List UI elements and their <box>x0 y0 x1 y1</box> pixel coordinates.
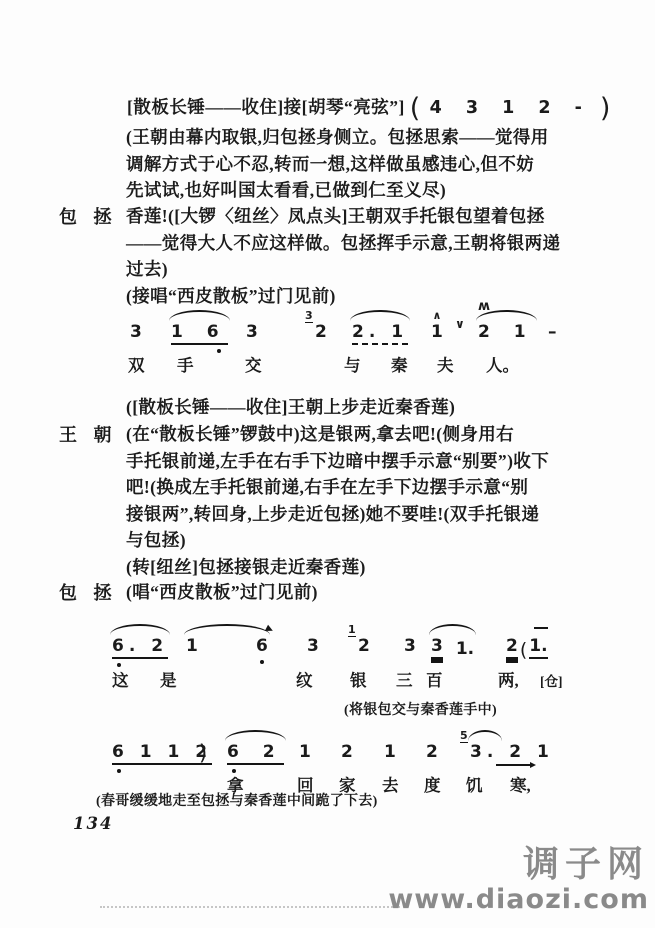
lyric: 两, <box>498 667 519 691</box>
note-digits: 3. 2 1 <box>470 742 554 762</box>
note-digits: 3 <box>246 322 258 342</box>
lyric: 去 <box>382 772 399 796</box>
dialog-line: (在“散板长锤”锣鼓中)这是银两,拿去吧!(侧身用右 <box>126 421 574 448</box>
music-note: 6. 2 <box>112 636 168 659</box>
music-note: 1 <box>299 742 311 762</box>
lyric: 这 <box>112 667 129 691</box>
stage-direction-line: 先试试,也好叫国太看看,已做到仁至义尽) <box>126 177 574 204</box>
dialog-wangchao: (在“散板长锤”锣鼓中)这是银两,拿去吧!(侧身用右 手托银前递,左手在右手下边… <box>126 421 574 580</box>
lyric: 百 <box>426 667 443 691</box>
music-note: 6 <box>256 636 268 656</box>
music-note: 3 1. <box>431 636 474 659</box>
lyric: 寒, <box>510 772 531 796</box>
lyric: 双 <box>128 352 145 376</box>
music-note: 5 3. 2 1 <box>470 742 554 762</box>
note-digits: – <box>548 322 557 342</box>
dialog-line: (接唱“西皮散板”过门见前) <box>126 283 574 310</box>
lyric: 与 <box>344 352 361 376</box>
watermark-url: www.diaozi.com <box>388 886 649 913</box>
slur-arc <box>468 730 502 741</box>
speaker-label-baozheng-2: 包 拯 <box>59 579 112 605</box>
music-note: 3 <box>130 322 142 342</box>
slur-arc <box>225 730 286 741</box>
stage-direction-line: 调解方式于心不忍,转而一想,这样做虽感违心,但不妨 <box>126 151 574 178</box>
opening-stage-direction: (王朝由幕内取银,归包拯身侧立。包拯思索——觉得用 调解方式于心不忍,转而一想,… <box>126 124 574 204</box>
grace-note: 3 <box>305 310 313 323</box>
note-digits: 6. 2 <box>112 636 168 659</box>
note-digits: 2 <box>358 636 370 656</box>
watermark-title: 调子网 <box>388 843 649 886</box>
grace-note: 1 <box>348 624 356 637</box>
music-note: 3 <box>246 322 258 342</box>
stage-direction-4: (春哥缓缓地走至包拯与秦香莲中间跪了下去) <box>96 790 378 810</box>
lyric: 三 <box>396 667 413 691</box>
stage-direction-line: ([散板长锤——收住]王朝上步走近秦香莲) <box>126 394 574 421</box>
percussion-tag: [散板长锤——收住]接[胡琴“亮弦”] <box>127 97 405 117</box>
music-note: 1 <box>186 636 198 656</box>
grace-note: 5 <box>460 730 468 743</box>
dialog-baozheng-1: 香莲!([大锣〈纽丝〉凤点头]王朝双手托银包望着包拯 ——觉得大人不应这样做。包… <box>126 203 574 309</box>
music-note: 2. 1 <box>352 322 408 345</box>
note-digits: 2 <box>341 742 353 762</box>
scan-artifact-line <box>100 906 400 908</box>
scanned-score-page: [散板长锤——收住]接[胡琴“亮弦”] ( 4 3 1 2 - ) (王朝由幕内… <box>0 0 655 928</box>
close-paren: ) <box>600 93 611 124</box>
slur-arc <box>169 310 230 321</box>
note-digits: 3 <box>130 322 142 342</box>
music-system-2-notes: 6. 2 1 6 3 1 2 3 3 1. 2 ( 1. <box>0 636 655 662</box>
paren-glyph: ) <box>199 743 207 763</box>
note-digits: 1. <box>529 636 547 659</box>
note-digits: 2 <box>426 742 438 762</box>
open-paren: ( <box>410 93 421 124</box>
music-system-1-lyrics: 双 手 交 与 秦 夫 人。 <box>0 352 655 378</box>
music-note: ʍ 2 1 <box>478 322 535 342</box>
speaker-label-baozheng: 包 拯 <box>59 203 112 229</box>
dialog-line: (唱“西皮散板”过门见前) <box>126 579 574 606</box>
note-digits: 1 <box>186 636 198 656</box>
dialog-line: ——觉得大人不应这样做。包拯挥手示意,王朝将银两递 <box>126 230 574 257</box>
section-heading: [散板长锤——收住]接[胡琴“亮弦”] ( 4 3 1 2 - ) <box>127 93 611 124</box>
music-note: 3 <box>307 636 319 656</box>
dialog-line: 香莲!([大锣〈纽丝〉凤点头]王朝双手托银包望着包拯 <box>126 203 574 230</box>
note-digits: 2 <box>506 636 518 659</box>
open-paren: ( <box>520 640 527 660</box>
lyric: 纹 <box>296 667 313 691</box>
music-note: 1 <box>384 742 396 762</box>
heading-notation: 4 3 1 2 - <box>430 98 591 118</box>
music-note: 2 <box>426 742 438 762</box>
note-digits: 1 <box>384 742 396 762</box>
overline-tie <box>534 627 548 629</box>
watermark: 调子网 www.diaozi.com <box>388 843 649 913</box>
stage-direction-3: (将银包交与秦香莲手中) <box>344 699 497 719</box>
music-note: 3 <box>404 636 416 656</box>
lyric: 夫 <box>437 352 454 376</box>
dialog-line: 与包拯) <box>126 527 574 554</box>
lyric: 银 <box>350 667 367 691</box>
note-digits: 3 <box>404 636 416 656</box>
note-digits: 6 2 <box>227 742 284 765</box>
page-number: 134 <box>73 814 113 833</box>
slur-arc <box>110 624 170 635</box>
lyric: 手 <box>177 352 194 376</box>
lyric: 是 <box>160 667 177 691</box>
breath-mark: ∨ <box>455 314 465 334</box>
music-note: 3 2 <box>315 322 327 342</box>
dialog-line: 接银两”,转回身,上步走近包拯)她不要哇!(双手托银递 <box>126 501 574 528</box>
note-digits: 1 6 <box>171 322 228 345</box>
note-digits: 1 <box>431 322 443 342</box>
note-digits: 3 <box>307 636 319 656</box>
dialog-line: 过去) <box>126 256 574 283</box>
lyric: 秦 <box>391 352 408 376</box>
close-paren: ) <box>198 742 208 762</box>
dialog-line: 手托银前递,左手在右手下边暗中摆手示意“别要”)收下 <box>126 448 574 475</box>
speaker-label-wangchao: 王 朝 <box>59 421 112 447</box>
lyric: 饥 <box>466 772 483 796</box>
note-digits: 3 <box>431 636 443 659</box>
lyric: 人。 <box>486 352 519 376</box>
music-note: 6 2 <box>227 742 284 765</box>
note-digits: 1. <box>456 639 474 659</box>
note-digits: 2. 1 <box>352 322 408 345</box>
note-extension-dash: – <box>548 322 557 342</box>
low-octave-dot <box>260 660 264 664</box>
slur-arc <box>350 310 410 321</box>
stage-direction-2: ([散板长锤——收住]王朝上步走近秦香莲) <box>126 394 574 421</box>
music-system-2-lyrics: 这 是 纹 银 三 百 两, [仓] <box>0 667 655 693</box>
slur-arc <box>429 624 476 635</box>
music-note: 1 2 <box>358 636 370 656</box>
percussion-syllable: [仓] <box>540 670 563 690</box>
slur-arc <box>184 624 270 635</box>
note-digits: 2 1 <box>478 322 535 342</box>
music-note: 2 ( 1. <box>506 636 548 659</box>
music-system-1-notes: 3 1 6 3 3 2 2. 1 ∧ 1 ∨ ʍ 2 1 – <box>0 322 655 348</box>
music-note: ∧ 1 <box>431 322 443 342</box>
dialog-line: (转[纽丝]包拯接银走近秦香莲) <box>126 554 574 581</box>
dialog-line: 吧!(换成左手托银前递,右手在左手下边摆手示意“别 <box>126 474 574 501</box>
note-digits: 1 <box>299 742 311 762</box>
dialog-baozheng-2: (唱“西皮散板”过门见前) <box>126 579 574 606</box>
stage-direction-line: (王朝由幕内取银,归包拯身侧立。包拯思索——觉得用 <box>126 124 574 151</box>
lyric: 交 <box>245 352 262 376</box>
note-digits: 6 <box>256 636 268 656</box>
note-digits: 2 <box>315 322 327 342</box>
music-note: 1 6 <box>171 322 228 345</box>
underline-arrow <box>496 764 530 766</box>
music-note: 2 <box>341 742 353 762</box>
lyric: 度 <box>424 772 441 796</box>
music-system-3-notes: 6 1 1 2 ) 6 2 1 2 1 2 5 3. 2 1 <box>0 742 655 768</box>
